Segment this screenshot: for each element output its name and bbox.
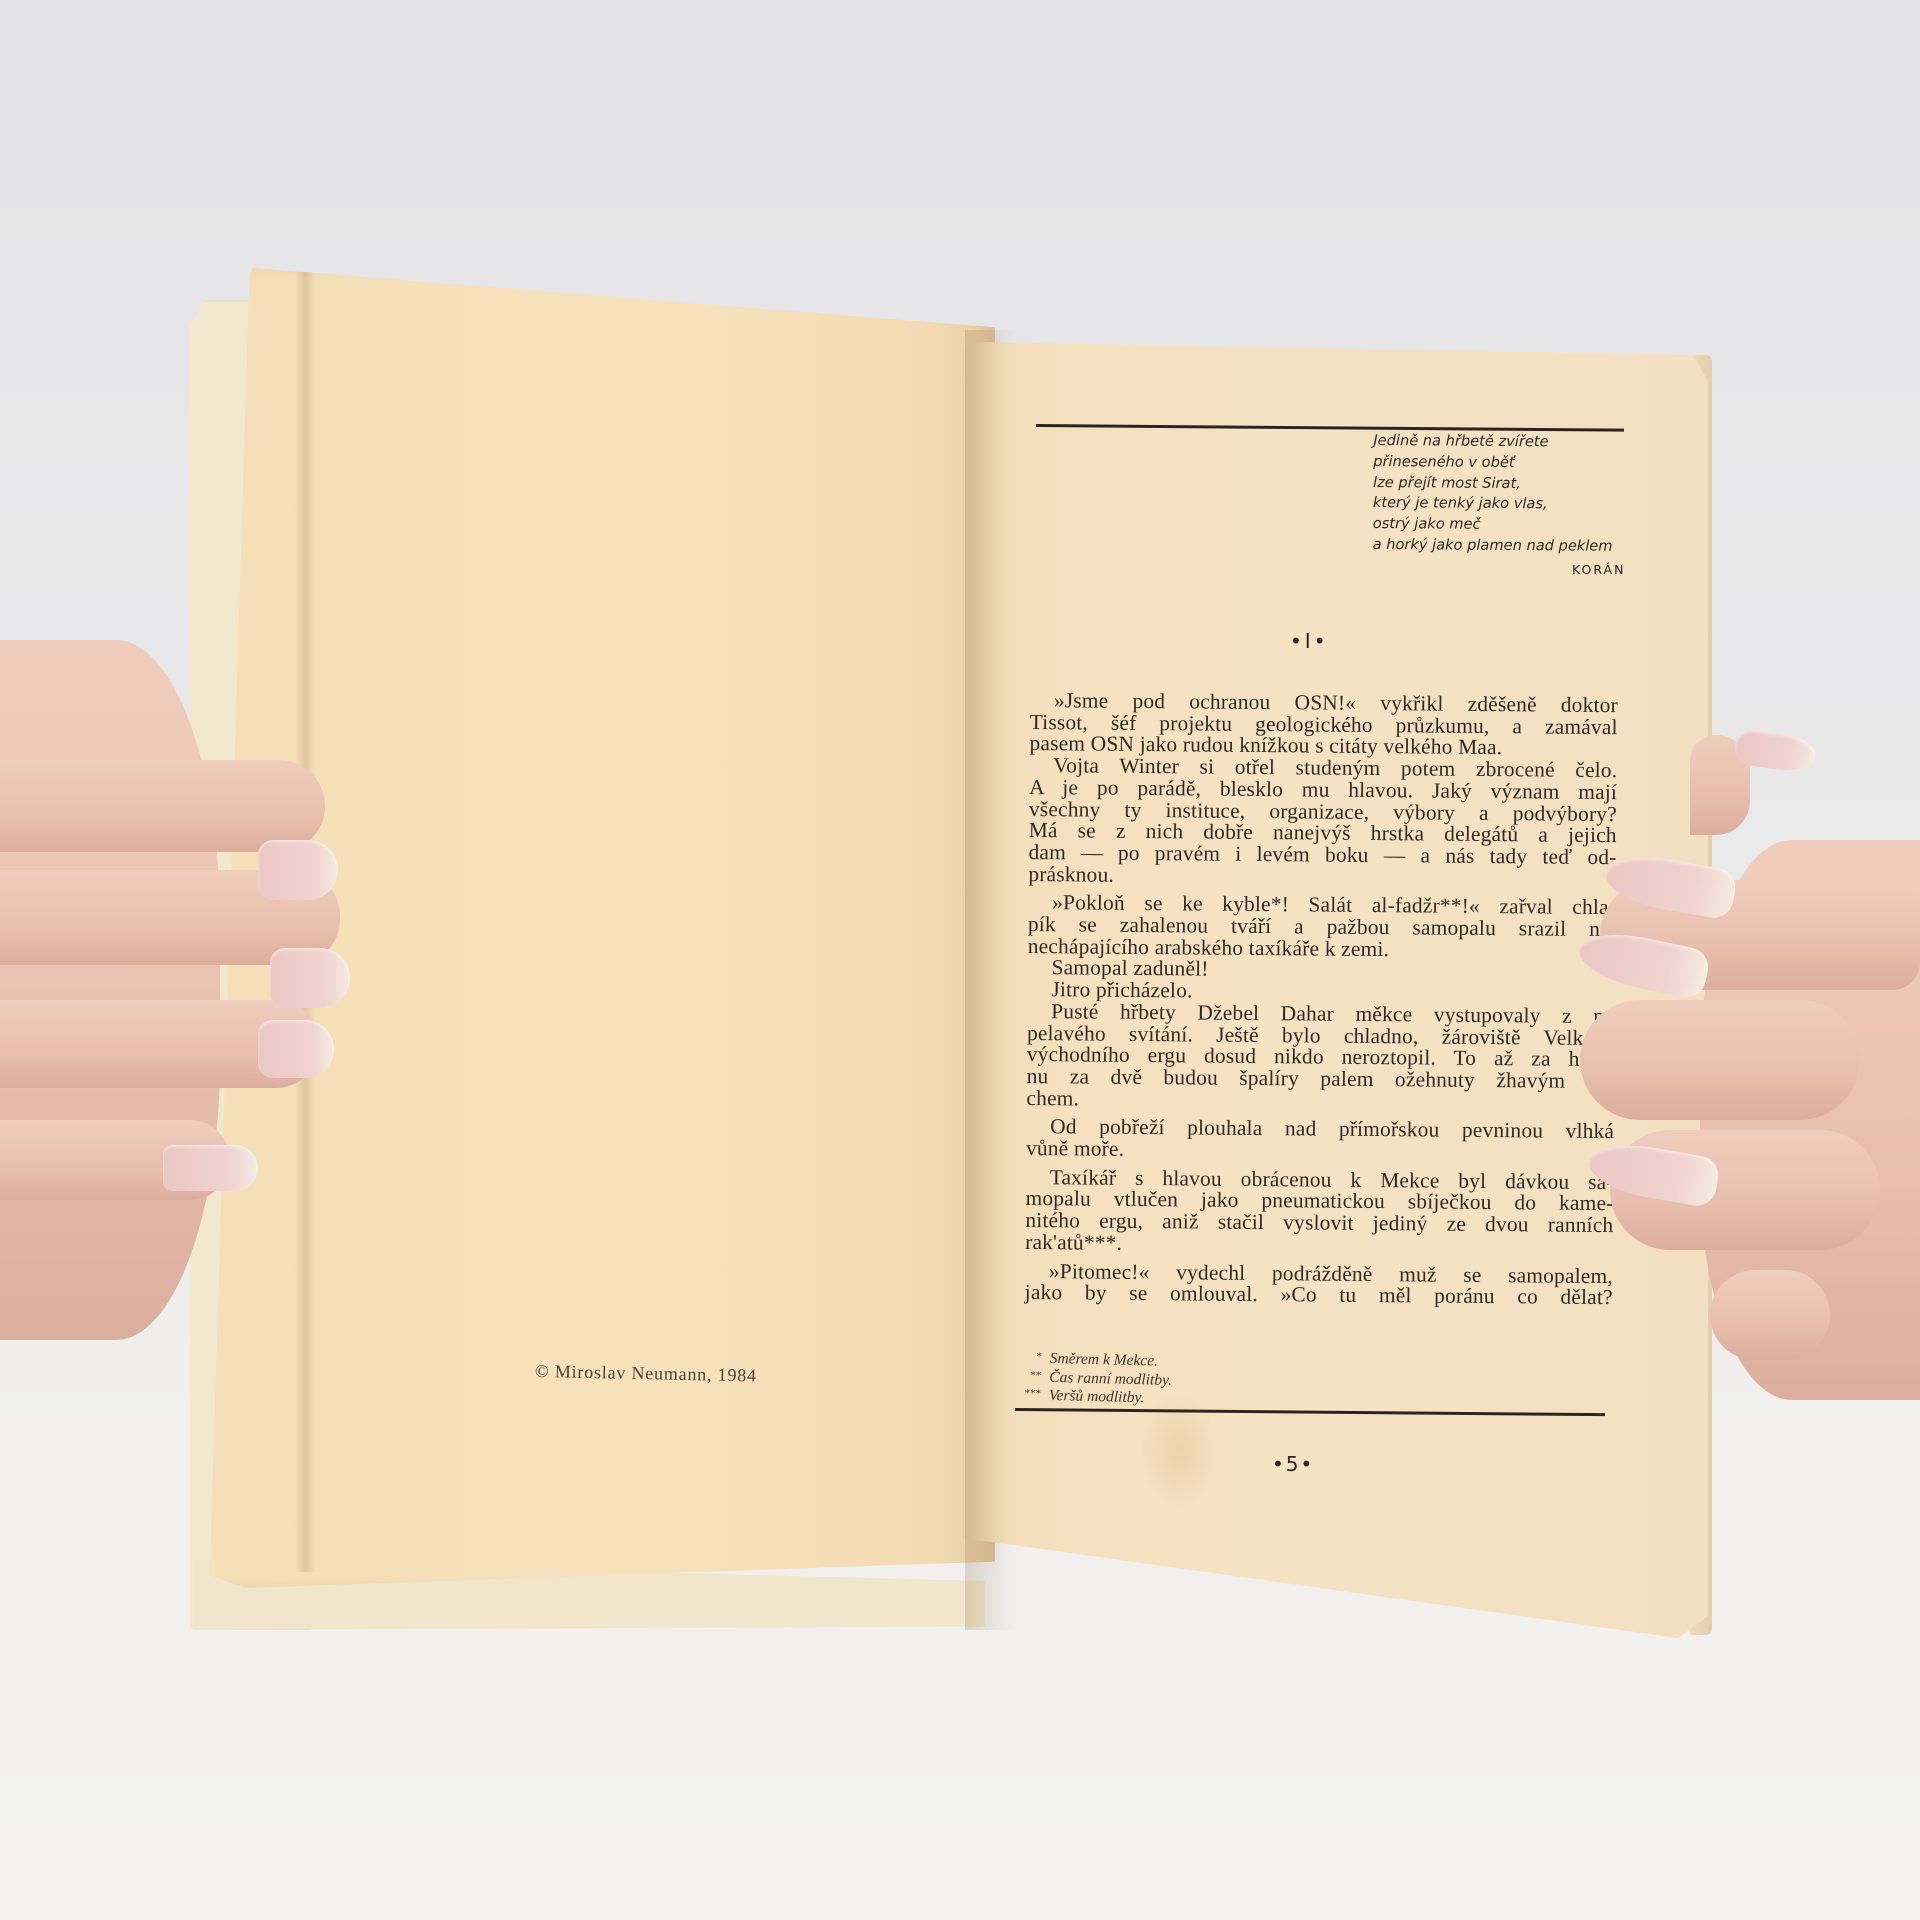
epigraph: Jedině na hřbetě zvířete přineseného v o… [1373,431,1654,558]
epigraph-source: KORÁN [1572,562,1625,577]
epigraph-line: přineseného v oběť [1373,452,1653,475]
footnote-text: Směrem k Mekce. [1050,1350,1159,1370]
fingernail [270,948,350,1008]
footnote-mark: * [1012,1348,1050,1366]
footnotes: *Směrem k Mekce. **Čas ranní modlitby. *… [1011,1348,1312,1411]
footnote-mark: ** [1011,1366,1049,1384]
right-finger [1710,1270,1830,1360]
epigraph-line: který je tenký jako vlas, [1373,493,1653,516]
footnote-text: Veršů modlitby. [1049,1387,1145,1406]
left-finger [0,760,325,852]
epigraph-line: a horký jako plamen nad peklem [1373,535,1653,558]
fingernail [258,840,338,900]
right-finger [1580,1000,1860,1120]
epigraph-line: ostrý jako meč [1373,514,1653,537]
page-number: •5• [1272,1452,1314,1476]
chapter-number: •I• [1290,629,1329,653]
fingernail [163,1145,258,1191]
body-text: »Jsme pod ochranou OSN!« vykřikl zděšeně… [1025,690,1618,1309]
epigraph-line: lze přejít most Sirat, [1373,473,1653,496]
spine-shadow [965,330,1015,1630]
left-hand [0,640,220,1340]
footnote-mark: *** [1011,1385,1049,1403]
epigraph-line: Jedině na hřbetě zvířete [1373,431,1653,454]
fingernail [258,1020,334,1078]
